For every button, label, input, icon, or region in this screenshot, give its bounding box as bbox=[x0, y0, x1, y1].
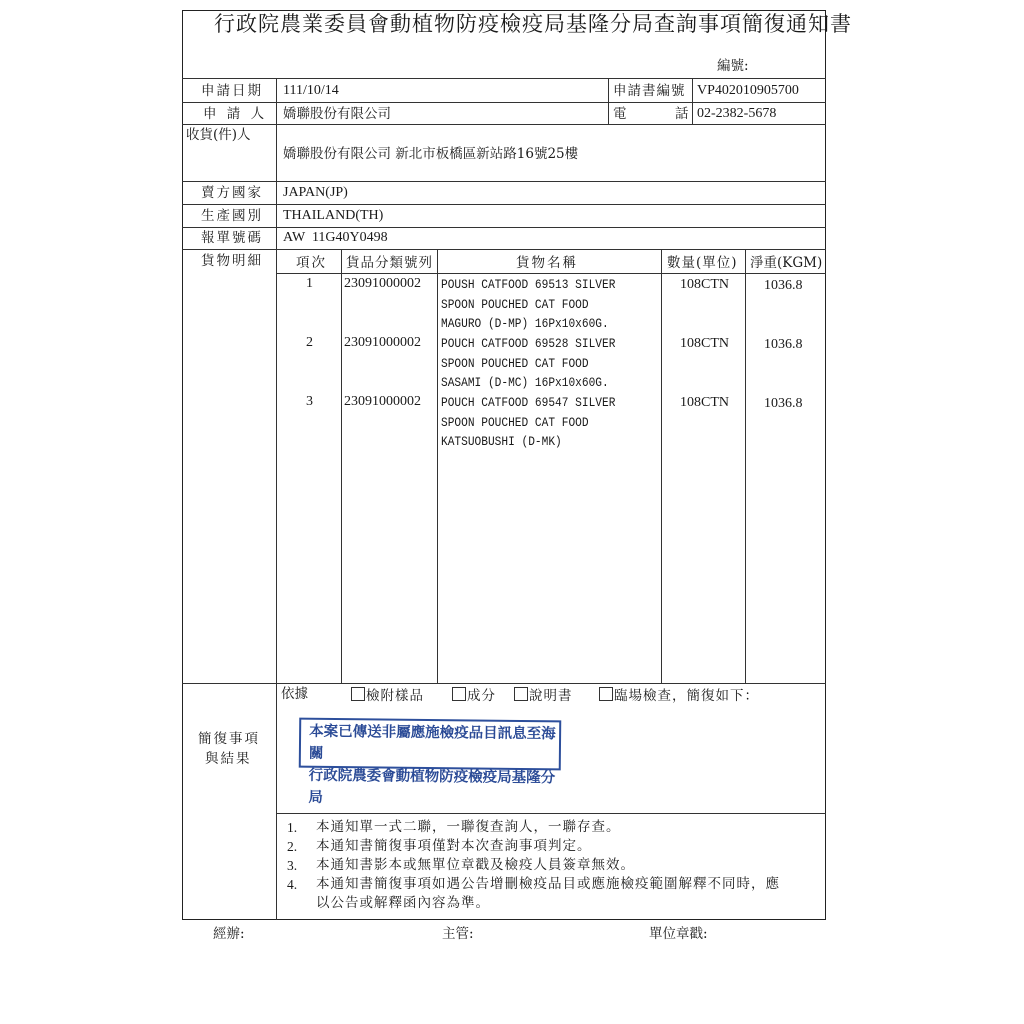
application-date-value: 111/10/14 bbox=[283, 83, 339, 99]
stamp-line: 本案已傳送非屬應施檢疫品目訊息至海關 bbox=[309, 721, 559, 768]
column-header-item: 項次 bbox=[296, 255, 327, 271]
phone-label: 電 bbox=[613, 106, 627, 122]
basis-label: 依據 bbox=[281, 686, 308, 702]
note-text: 本通知書簡復事項僅對本次查詢事項判定。 bbox=[316, 837, 592, 856]
unit-stamp-label: 單位章戳: bbox=[649, 926, 708, 942]
goods-section-label: 貨物明細 bbox=[201, 253, 263, 269]
item-number: 3 bbox=[306, 394, 313, 410]
quantity: 108CTN bbox=[680, 395, 729, 411]
divider bbox=[182, 124, 826, 125]
origin-country-label: 生產國別 bbox=[201, 208, 263, 224]
item-number: 2 bbox=[306, 335, 313, 351]
goods-name: POUCH CATFOOD 69547 SILVER SPOON POUCHED… bbox=[441, 393, 615, 452]
handler-label: 經辦: bbox=[213, 926, 245, 942]
divider bbox=[745, 249, 746, 683]
applicant-label: 申 請 人 bbox=[203, 106, 267, 122]
quantity: 108CTN bbox=[680, 277, 729, 293]
supervisor-label: 主管: bbox=[442, 926, 474, 942]
result-section-label: 簡復事項 bbox=[198, 731, 260, 747]
column-header-hs-code: 貨品分類號列 bbox=[346, 255, 433, 271]
application-no-label: 申請書編號 bbox=[613, 83, 686, 99]
net-weight: 1036.8 bbox=[764, 337, 803, 353]
document-title: 行政院農業委員會動植物防疫檢疫局基隆分局查詢事項簡復通知書 bbox=[214, 16, 852, 32]
goods-name: POUCH CATFOOD 69528 SILVER SPOON POUCHED… bbox=[441, 334, 615, 393]
checkbox-box[interactable] bbox=[599, 687, 613, 701]
checkbox-onsite-inspection[interactable]: 臨場檢查，簡復如下： bbox=[599, 687, 759, 704]
checkbox-label: 說明書 bbox=[529, 688, 573, 704]
stamp-line: 行政院農委會動植物防疫檢疫局基隆分局 bbox=[308, 765, 558, 812]
net-weight: 1036.8 bbox=[764, 278, 803, 294]
note-number: 2. bbox=[287, 837, 297, 856]
phone-value: 02-2382-5678 bbox=[697, 106, 776, 122]
checkbox-sample[interactable]: 檢附樣品 bbox=[351, 687, 424, 704]
divider bbox=[182, 204, 826, 205]
seller-country-label: 賣方國家 bbox=[201, 185, 263, 201]
hs-code: 23091000002 bbox=[344, 335, 421, 351]
divider bbox=[182, 683, 826, 684]
divider bbox=[341, 249, 342, 683]
divider bbox=[182, 227, 826, 228]
serial-number-label: 編號: bbox=[717, 58, 749, 74]
note-text: 本通知書影本或無單位章戳及檢疫人員簽章無效。 bbox=[316, 856, 635, 875]
goods-name: POUSH CATFOOD 69513 SILVER SPOON POUCHED… bbox=[441, 275, 615, 334]
divider bbox=[692, 78, 693, 124]
divider bbox=[182, 249, 826, 250]
note-text: 本通知書簡復事項如遇公告增刪檢疫品目或應施檢疫範圍解釋不同時，應 bbox=[316, 875, 780, 894]
divider bbox=[182, 102, 826, 103]
note-number: 4. bbox=[287, 875, 297, 894]
declaration-no-value: AW 11G40Y0498 bbox=[283, 230, 388, 246]
divider bbox=[608, 78, 609, 124]
seller-country-value: JAPAN(JP) bbox=[283, 185, 348, 201]
note-number: 1. bbox=[287, 818, 297, 837]
checkbox-box[interactable] bbox=[452, 687, 466, 701]
checkbox-label: 臨場檢查，簡復如下： bbox=[614, 688, 759, 704]
net-weight: 1036.8 bbox=[764, 396, 803, 412]
divider bbox=[182, 78, 826, 79]
consignee-value: 嬌聯股份有限公司 新北市板橋區新站路16號25樓 bbox=[283, 146, 578, 162]
declaration-no-label: 報單號碼 bbox=[201, 230, 263, 246]
hs-code: 23091000002 bbox=[344, 276, 421, 292]
result-section-label: 與結果 bbox=[205, 751, 252, 767]
divider bbox=[277, 813, 826, 814]
checkbox-ingredients[interactable]: 成分 bbox=[452, 687, 496, 704]
divider bbox=[182, 181, 826, 182]
hs-code: 23091000002 bbox=[344, 394, 421, 410]
column-header-quantity: 數量(單位) bbox=[667, 255, 738, 271]
quantity: 108CTN bbox=[680, 336, 729, 352]
label-column-divider bbox=[276, 78, 277, 920]
checkbox-label: 成分 bbox=[467, 688, 496, 704]
phone-label: 話 bbox=[675, 106, 689, 122]
checkbox-label: 檢附樣品 bbox=[366, 688, 424, 704]
origin-country-value: THAILAND(TH) bbox=[283, 208, 383, 224]
note-number: 3. bbox=[287, 856, 297, 875]
divider bbox=[437, 249, 438, 683]
divider bbox=[661, 249, 662, 683]
column-header-goods-name: 貨物名稱 bbox=[516, 255, 578, 271]
application-no-value: VP402010905700 bbox=[697, 83, 799, 99]
applicant-value: 嬌聯股份有限公司 bbox=[283, 106, 391, 122]
item-number: 1 bbox=[306, 276, 313, 292]
official-stamp: 本案已傳送非屬應施檢疫品目訊息至海關 行政院農委會動植物防疫檢疫局基隆分局 bbox=[299, 718, 562, 771]
note-text: 本通知單一式二聯，一聯復查詢人，一聯存查。 bbox=[316, 818, 621, 837]
checkbox-box[interactable] bbox=[514, 687, 528, 701]
column-header-net-weight: 淨重(KGM) bbox=[750, 255, 822, 271]
consignee-label: 收貨(件)人 bbox=[186, 127, 251, 143]
divider bbox=[277, 273, 826, 274]
note-text-continued: 以公告或解釋函內容為準。 bbox=[316, 894, 490, 913]
application-date-label: 申請日期 bbox=[201, 83, 263, 99]
checkbox-manual[interactable]: 說明書 bbox=[514, 687, 573, 704]
checkbox-box[interactable] bbox=[351, 687, 365, 701]
